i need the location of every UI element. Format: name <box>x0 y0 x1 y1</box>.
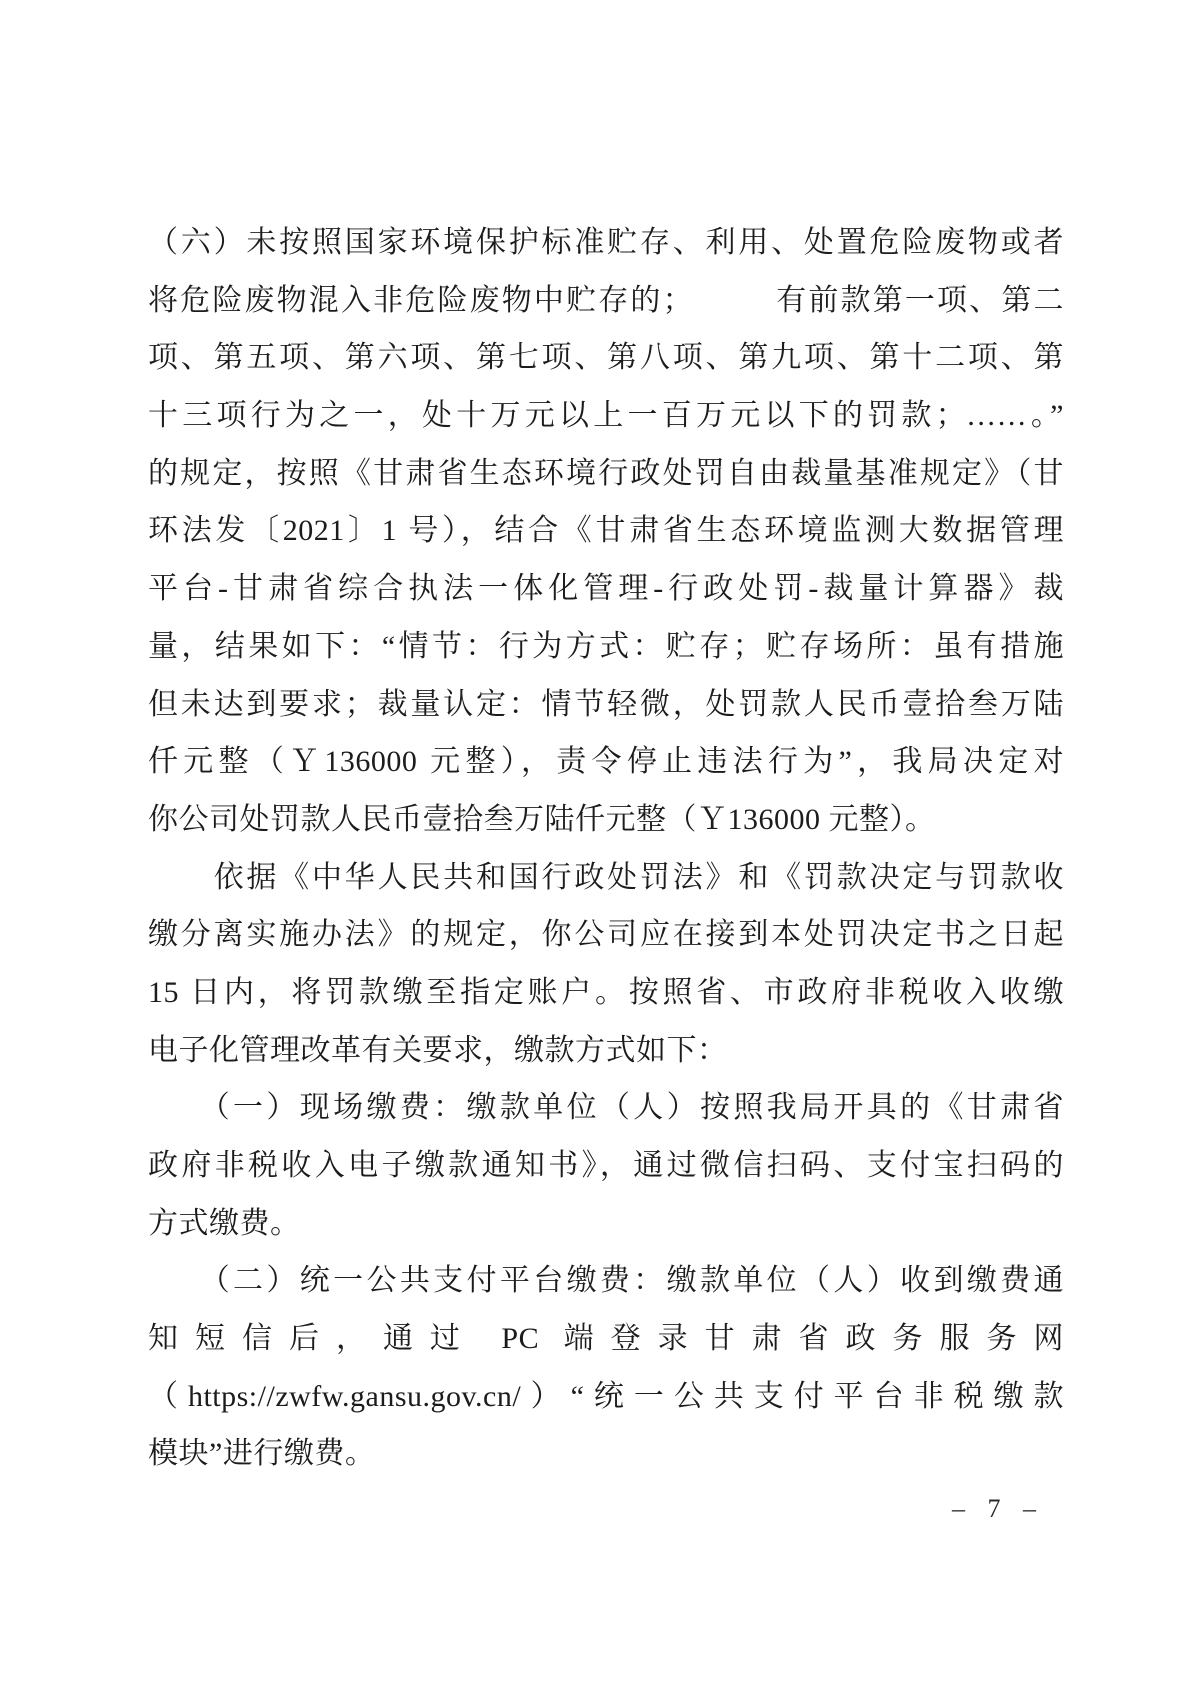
doc-line-7: 平台-甘肃省综合执法一体化管理-行政处罚-裁量计算器》裁 <box>148 560 1064 618</box>
document-body: （六）未按照国家环境保护标准贮存、利用、处置危险废物或者 将危险废物混入非危险废… <box>148 214 1064 1483</box>
doc-line-10: 仟元整（Ｙ136000 元整），责令停止违法行为”，我局决定对 <box>148 733 1064 791</box>
document-page: （六）未按照国家环境保护标准贮存、利用、处置危险废物或者 将危险废物混入非危险废… <box>0 0 1199 1696</box>
doc-line-2: 将危险废物混入非危险废物中贮存的； 有前款第一项、第二 <box>148 272 1064 330</box>
doc-line-1: （六）未按照国家环境保护标准贮存、利用、处置危险废物或者 <box>148 214 1064 272</box>
doc-line-15: 电子化管理改革有关要求，缴款方式如下： <box>148 1022 1064 1080</box>
doc-line-11: 你公司处罚款人民币壹拾叁万陆仟元整（Ｙ136000 元整）。 <box>148 791 1064 849</box>
doc-line-16: （一）现场缴费：缴款单位（人）按照我局开具的《甘肃省 <box>148 1079 1064 1137</box>
page-number: – 7 – <box>952 1494 1092 1524</box>
doc-line-17: 政府非税收入电子缴款通知书》，通过微信扫码、支付宝扫码的 <box>148 1137 1064 1195</box>
doc-line-12: 依据《中华人民共和国行政处罚法》和《罚款决定与罚款收 <box>148 849 1064 907</box>
doc-line-3: 项、第五项、第六项、第七项、第八项、第九项、第十二项、第 <box>148 329 1064 387</box>
doc-line-21: （https://zwfw.gansu.gov.cn/）“统一公共支付平台非税缴… <box>148 1368 1064 1426</box>
doc-line-5: 的规定，按照《甘肃省生态环境行政处罚自由裁量基准规定》（甘 <box>148 445 1064 503</box>
doc-line-14: 15 日内，将罚款缴至指定账户。按照省、市政府非税收入收缴 <box>148 964 1064 1022</box>
doc-line-8: 量，结果如下：“情节：行为方式：贮存；贮存场所：虽有措施 <box>148 618 1064 676</box>
doc-line-20: 知短信后，通过 PC 端登录甘肃省政务服务网 <box>148 1310 1064 1368</box>
doc-line-19: （二）统一公共支付平台缴费：缴款单位（人）收到缴费通 <box>148 1252 1064 1310</box>
doc-line-13: 缴分离实施办法》的规定，你公司应在接到本处罚决定书之日起 <box>148 906 1064 964</box>
doc-line-4: 十三项行为之一，处十万元以上一百万元以下的罚款；……。” <box>148 387 1064 445</box>
doc-line-18: 方式缴费。 <box>148 1195 1064 1253</box>
doc-line-22: 模块”进行缴费。 <box>148 1425 1064 1483</box>
doc-line-6: 环法发〔2021〕1 号），结合《甘肃省生态环境监测大数据管理 <box>148 502 1064 560</box>
doc-line-9: 但未达到要求；裁量认定：情节轻微，处罚款人民币壹拾叁万陆 <box>148 676 1064 734</box>
